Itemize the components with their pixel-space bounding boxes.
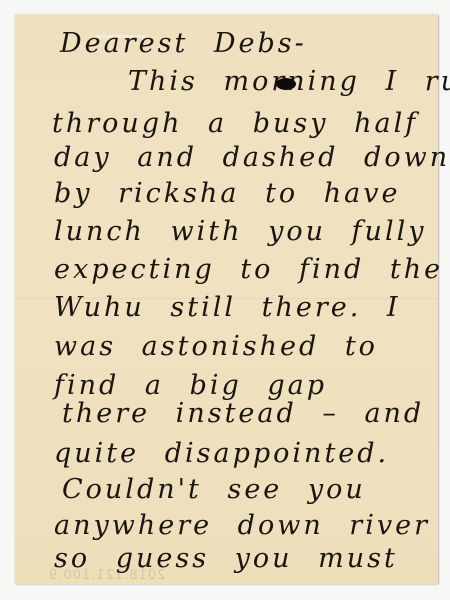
letter-line-4: by ricksha to have	[54, 180, 400, 207]
letter-line-11: quite disappointed.	[54, 440, 389, 467]
letter-line-6: expecting to find the	[54, 256, 443, 283]
letter-line-8: was astonished to	[54, 333, 378, 360]
letter-line-2: through a busy half	[52, 110, 418, 137]
letter-line-10: there instead – and	[62, 400, 424, 427]
letter-line-13: anywhere down river	[54, 512, 430, 539]
letter-line-12: Couldn't see you	[62, 476, 366, 503]
accession-stamp-mirrored: 2018.121.100.9	[48, 568, 165, 583]
page-edge-shadow	[438, 15, 440, 584]
letter-line-7: Wuhu still there. I	[54, 294, 401, 321]
letter-line-9: find a big gap	[54, 372, 327, 399]
letter-line-3: day and dashed down	[54, 144, 450, 171]
perforated-top-edge	[15, 12, 438, 16]
ink-blot	[276, 78, 296, 90]
letter-line-5: lunch with you fully	[54, 218, 426, 245]
salutation: Dearest Debs-	[60, 30, 307, 57]
